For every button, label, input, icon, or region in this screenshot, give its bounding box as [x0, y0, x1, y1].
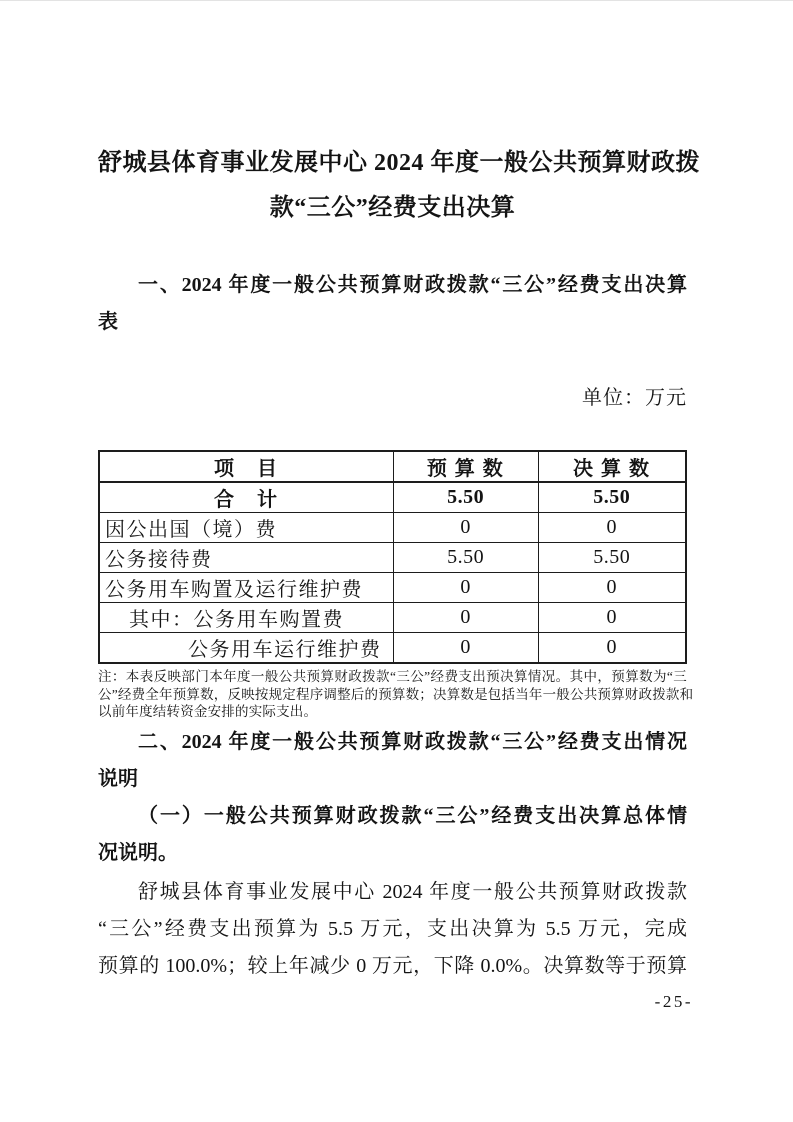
section-2-heading: 二、2024 年度一般公共预算财政拨款“三公”经费支出情况 说明	[98, 724, 687, 798]
body-paragraph-line-1: 舒城县体育事业发展中心 2024 年度一般公共预算财政拨款	[98, 874, 687, 911]
row-budget-value: 0	[393, 573, 538, 603]
document-page: 舒城县体育事业发展中心 2024 年度一般公共预算财政拨 款“三公”经费支出决算…	[0, 0, 793, 1122]
section-2-sub-1-line-2: 况说明。	[98, 835, 687, 872]
section-2-sub-1-heading: （一）一般公共预算财政拨款“三公”经费支出决算总体情 况说明。	[98, 798, 687, 872]
row-item-label: 公务用车运行维护费	[99, 633, 393, 664]
row-budget-value: 0	[393, 513, 538, 543]
column-header-budget: 预 算 数	[393, 451, 538, 482]
body-paragraph-line-2: “三公”经费支出预算为 5.5 万元，支出决算为 5.5 万元，完成	[98, 911, 687, 948]
row-item-label: 其中：公务用车购置费	[99, 603, 393, 633]
row-budget-value: 0	[393, 633, 538, 664]
section-2-sub-1-line-1: （一）一般公共预算财政拨款“三公”经费支出决算总体情	[98, 798, 687, 835]
table-row-vehicle-purchase: 其中：公务用车购置费 0 0	[99, 603, 686, 633]
row-final-value: 0	[538, 573, 686, 603]
section-2-heading-line-2: 说明	[98, 761, 687, 798]
column-header-final: 决 算 数	[538, 451, 686, 482]
row-final-value: 5.50	[538, 543, 686, 573]
row-item-label: 公务接待费	[99, 543, 393, 573]
row-final-value: 0	[538, 603, 686, 633]
column-header-item: 项 目	[99, 451, 393, 482]
section-1-heading-line-1: 一、2024 年度一般公共预算财政拨款“三公”经费支出决算	[98, 267, 687, 304]
table-footnote-line-1: 注：本表反映部门本年度一般公共预算财政拨款“三公”经费支出预决算情况。其中，预算…	[98, 668, 687, 686]
table-row-vehicle-total: 公务用车购置及运行维护费 0 0	[99, 573, 686, 603]
section-1-heading: 一、2024 年度一般公共预算财政拨款“三公”经费支出决算 表	[98, 267, 687, 341]
row-budget-value: 0	[393, 603, 538, 633]
table-footnote-line-2: 公”经费全年预算数，反映按规定程序调整后的预算数；决算数是包括当年一般公共预算财…	[98, 686, 687, 704]
unit-label: 单位：万元	[98, 385, 687, 411]
row-budget-value: 5.50	[393, 543, 538, 573]
document-title-line-2: 款“三公”经费支出决算	[98, 186, 687, 231]
row-item-label: 公务用车购置及运行维护费	[99, 573, 393, 603]
table-footnote-line-3: 以前年度结转资金安排的实际支出。	[98, 703, 687, 721]
body-paragraph: 舒城县体育事业发展中心 2024 年度一般公共预算财政拨款 “三公”经费支出预算…	[98, 874, 687, 985]
table-row-reception: 公务接待费 5.50 5.50	[99, 543, 686, 573]
total-budget-value: 5.50	[393, 482, 538, 513]
total-label: 合 计	[99, 482, 393, 513]
table-row-abroad: 因公出国（境）费 0 0	[99, 513, 686, 543]
table-row-vehicle-maintenance: 公务用车运行维护费 0 0	[99, 633, 686, 664]
total-final-value: 5.50	[538, 482, 686, 513]
page-number: -25-	[655, 992, 693, 1012]
document-title-line-1: 舒城县体育事业发展中心 2024 年度一般公共预算财政拨	[98, 141, 687, 186]
table-footnote: 注：本表反映部门本年度一般公共预算财政拨款“三公”经费支出预决算情况。其中，预算…	[98, 668, 687, 721]
row-item-label: 因公出国（境）费	[99, 513, 393, 543]
section-1-heading-line-2: 表	[98, 304, 687, 341]
table-header-row: 项 目 预 算 数 决 算 数	[99, 451, 686, 482]
sangong-expense-table: 项 目 预 算 数 决 算 数 合 计 5.50 5.50 因公出国（境）费 0…	[98, 450, 687, 664]
table-total-row: 合 计 5.50 5.50	[99, 482, 686, 513]
row-final-value: 0	[538, 633, 686, 664]
section-2-heading-line-1: 二、2024 年度一般公共预算财政拨款“三公”经费支出情况	[98, 724, 687, 761]
body-paragraph-line-3: 预算的 100.0%；较上年减少 0 万元，下降 0.0%。决算数等于预算	[98, 948, 687, 985]
document-title: 舒城县体育事业发展中心 2024 年度一般公共预算财政拨 款“三公”经费支出决算	[98, 141, 687, 231]
row-final-value: 0	[538, 513, 686, 543]
